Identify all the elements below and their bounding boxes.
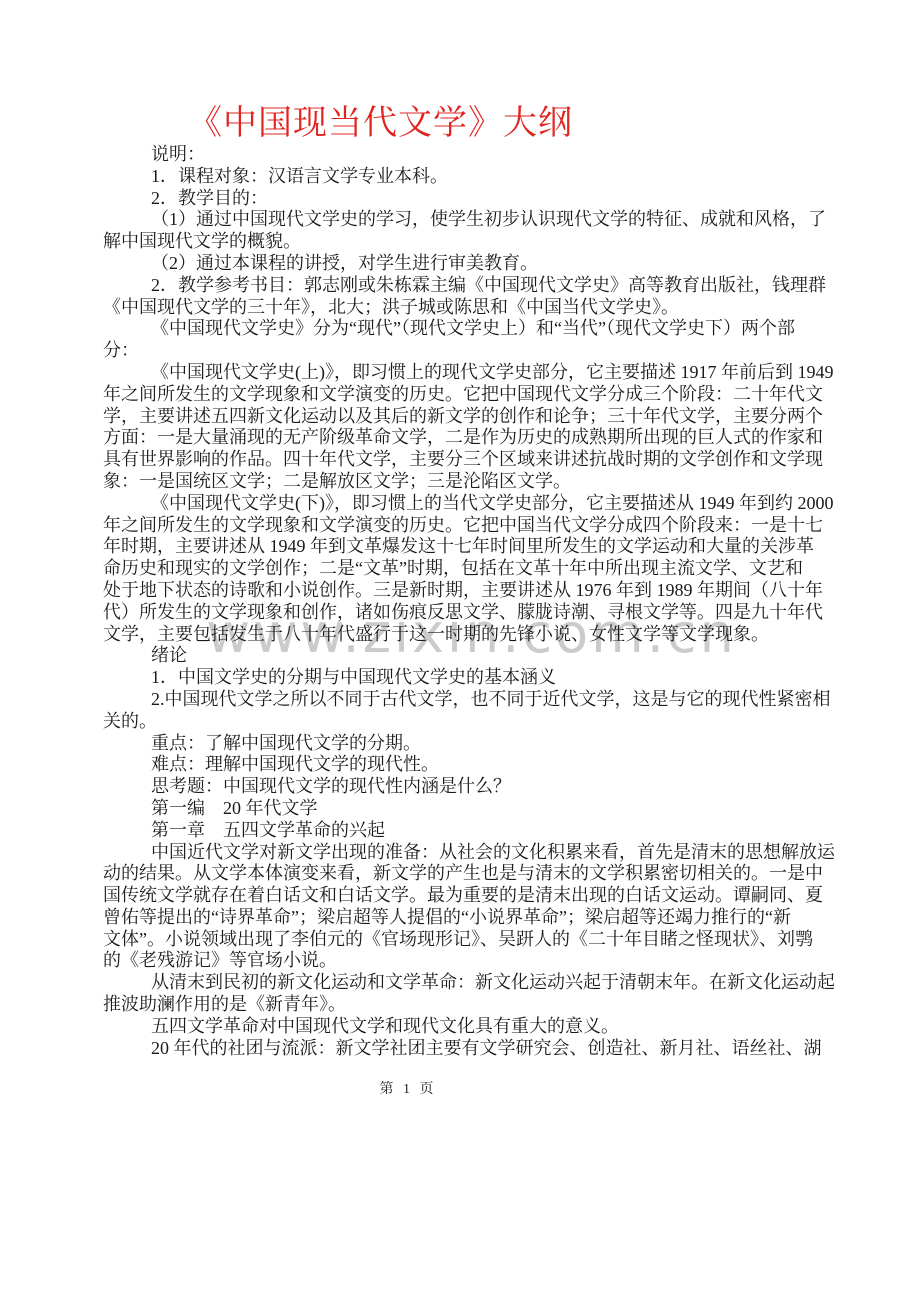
text-line: 年之间所发生的文学现象和文学演变的历史。它把中国现代文学分成三个阶段：二十年代文 <box>103 384 829 406</box>
text-line: 五四文学革命对中国现代文学和现代文化具有重大的意义。 <box>103 1016 829 1038</box>
text-line: 说明： <box>103 144 829 166</box>
text-line: 国传统文学就存在着白话文和白话文学。最为重要的是清末出现的白话文运动。谭嗣同、夏 <box>103 885 829 907</box>
text-line: 绪论 <box>103 645 829 667</box>
text-line: 分： <box>103 340 829 362</box>
text-line: 推波助澜作用的是《新青年》。 <box>103 994 829 1016</box>
document-title: 《中国现当代文学》大纲 <box>188 95 573 144</box>
text-line: 第一编 20 年代文学 <box>103 798 829 820</box>
text-line: 难点：理解中国现代文学的现代性。 <box>103 754 829 776</box>
text-line: 代）所发生的文学现象和创作，诸如伤痕反思文学、朦胧诗潮、寻根文学等。四是九十年代 <box>103 602 829 624</box>
text-line: 第一章 五四文学革命的兴起 <box>103 820 829 842</box>
text-line: 重点：了解中国现代文学的分期。 <box>103 733 829 755</box>
text-line: 2．教学目的： <box>103 188 829 210</box>
text-line: 《中国现代文学的三十年》，北大；洪子城或陈思和《中国当代文学史》。 <box>103 297 829 319</box>
text-line: 曾佑等提出的“诗界革命”；梁启超等人提倡的“小说界革命”；梁启超等还竭力推行的“… <box>103 907 829 929</box>
text-line: 文体”。小说领域出现了李伯元的《官场现形记》、吴趼人的《二十年目睹之怪现状》、刘… <box>103 929 829 951</box>
page-number-footer: 第 1 页 <box>0 1078 868 1098</box>
text-line: 1．中国文学史的分期与中国现代文学史的基本涵义 <box>103 667 829 689</box>
text-line: 中国近代文学对新文学出现的准备：从社会的文化积累来看，首先是清末的思想解放运 <box>103 842 829 864</box>
text-line: 具有世界影响的作品。四十年代文学，主要分三个区域来讲述抗战时期的文学创作和文学现 <box>103 449 829 471</box>
text-line: 从清末到民初的新文化运动和文学革命：新文化运动兴起于清朝末年。在新文化运动起 <box>103 972 829 994</box>
text-line: 《中国现代文学史》分为“现代”（现代文学史上）和“当代”（现代文学史下）两个部 <box>103 318 829 340</box>
text-line: 处于地下状态的诗歌和小说创作。三是新时期，主要讲述从 1976 年到 1989 … <box>103 580 829 602</box>
text-line: 《中国现代文学史(上)》，即习惯上的现代文学史部分，它主要描述 1917 年前后… <box>103 362 829 384</box>
text-line: 《中国现代文学史(下)》，即习惯上的当代文学史部分，它主要描述从 1949 年到… <box>103 493 829 515</box>
document-body: 说明：1．课程对象：汉语言文学专业本科。2．教学目的：（1）通过中国现代文学史的… <box>103 144 829 1059</box>
text-line: 思考题：中国现代文学的现代性内涵是什么？ <box>103 776 829 798</box>
text-line: 年之间所发生的文学现象和文学演变的历史。它把中国当代文学分成四个阶段来：一是十七 <box>103 515 829 537</box>
text-line: （2）通过本课程的讲授，对学生进行审美教育。 <box>103 253 829 275</box>
text-line: 的《老残游记》等官场小说。 <box>103 950 829 972</box>
text-line: 解中国现代文学的概貌。 <box>103 231 829 253</box>
text-line: 2．教学参考书目：郭志刚或朱栋霖主编《中国现代文学史》高等教育出版社，钱理群 <box>103 275 829 297</box>
text-line: 学，主要讲述五四新文化运动以及其后的新文学的创作和论争；三十年代文学，主要分两个 <box>103 406 829 428</box>
text-line: 2.中国现代文学之所以不同于古代文学，也不同于近代文学，这是与它的现代性紧密相 <box>103 689 829 711</box>
text-line: 动的结果。从文学本体演变来看，新文学的产生也是与清末的文学积累密切相关的。一是中 <box>103 863 829 885</box>
text-line: 文学，主要包括发生于八十年代盛行于这一时期的先锋小说、女性文学等文学现象。 <box>103 624 829 646</box>
text-line: 关的。 <box>103 711 829 733</box>
text-line: 象：一是国统区文学；二是解放区文学；三是沦陷区文学。 <box>103 471 829 493</box>
text-line: 命历史和现实的文学创作；二是“文革”时期，包括在文革十年中所出现主流文学、文艺和 <box>103 558 829 580</box>
document-page: 《中国现当代文学》大纲 说明：1．课程对象：汉语言文学专业本科。2．教学目的：（… <box>0 0 920 1301</box>
text-line: 年时期，主要讲述从 1949 年到文革爆发这十七年时间里所发生的文学运动和大量的… <box>103 536 829 558</box>
text-line: 20 年代的社团与流派：新文学社团主要有文学研究会、创造社、新月社、语丝社、湖 <box>103 1038 829 1060</box>
text-line: （1）通过中国现代文学史的学习，使学生初步认识现代文学的特征、成就和风格，了 <box>103 209 829 231</box>
text-line: 1．课程对象：汉语言文学专业本科。 <box>103 166 829 188</box>
text-line: 方面：一是大量涌现的无产阶级革命文学，二是作为历史的成熟期所出现的巨人式的作家和 <box>103 427 829 449</box>
